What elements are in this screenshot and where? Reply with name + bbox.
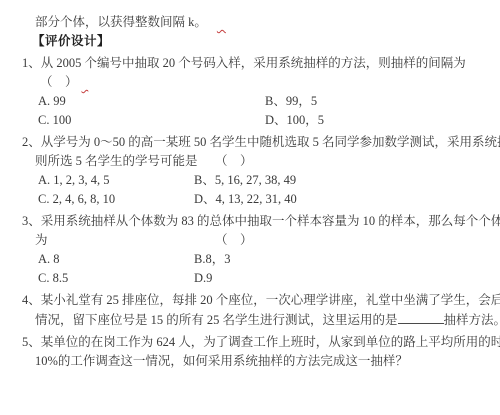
question-2-answer-paren: （ ） <box>215 154 253 168</box>
question-3-answer-paren: （ ） <box>215 233 253 247</box>
option-d: D、4, 13, 22, 31, 40 <box>194 190 297 209</box>
question-1-text: 从 2005 个编号中抽取 20 个号码入样，采用系统抽样的方法，则抽样的间隔为 <box>41 56 466 70</box>
question-5-text: 某单位的在岗工作为 624 人，为了调查工作上班时，从家到单位的路上平均所用的时… <box>41 335 500 349</box>
question-3: 3、采用系统抽样从个体数为 83 的总体中抽取一个样本容量为 10 的样本，那么… <box>22 212 492 288</box>
question-1-answer-paren: （ ） <box>40 73 492 92</box>
question-1: 1、从 2005 个编号中抽取 20 个号码入样，采用系统抽样的方法，则抽样的间… <box>22 54 492 130</box>
question-3-options-row-1: A. 8 B.8，3 <box>38 250 492 269</box>
option-b: B、99，5 <box>265 92 317 111</box>
question-2: 2、从学号为 0～50 的高一某班 50 名学生中随机选取 5 名同学参加数学测… <box>22 133 492 209</box>
question-2-stem: 2、从学号为 0～50 的高一某班 50 名学生中随机选取 5 名同学参加数学测… <box>22 133 492 152</box>
option-b: B.8，3 <box>194 250 230 269</box>
question-1-options-row-2: C. 100 D、100，5 <box>38 111 492 130</box>
question-5-number: 5、 <box>22 335 41 349</box>
option-a: A. 99 <box>38 92 265 111</box>
question-1-options-row-1: A. 99 B、99，5 <box>38 92 492 111</box>
section-header: 【评价设计】 <box>32 32 492 51</box>
question-2-stem-line-2: 则所选 5 名学生的学号可能是（ ） <box>35 152 492 171</box>
question-3-text: 采用系统抽样从个体数为 83 的总体中抽取一个样本容量为 10 的样本，那么每个… <box>41 214 500 228</box>
fill-in-blank <box>398 310 444 324</box>
question-1-stem: 1、从 2005 个编号中抽取 20 个号码入样，采用系统抽样的方法，则抽样的间… <box>22 54 492 73</box>
question-1-number: 1、 <box>22 56 41 70</box>
intro-line: 部分个体，以获得整数间隔 k。 <box>35 13 492 32</box>
option-a: A. 1, 2, 3, 4, 5 <box>38 171 194 190</box>
question-2-number: 2、 <box>22 135 41 149</box>
option-c: C. 100 <box>38 111 265 130</box>
question-2-text-2: 则所选 5 名学生的学号可能是 <box>35 152 215 171</box>
question-4-stem: 4、某小礼堂有 25 排座位，每排 20 个座位，一次心理学讲座，礼堂中坐满了学… <box>22 291 492 310</box>
worksheet-page: 部分个体，以获得整数间隔 k。 【评价设计】 1、从 2005 个编号中抽取 2… <box>0 0 500 371</box>
question-2-text: 从学号为 0～50 的高一某班 50 名学生中随机选取 5 名同学参加数学测试，… <box>41 135 500 149</box>
question-3-options-row-2: C. 8.5 D.9 <box>38 269 492 288</box>
spellcheck-squiggle <box>82 81 89 90</box>
question-3-stem-line-2: 为（ ） <box>35 231 492 250</box>
question-4-stem-line-2: 情况，留下座位号是 15 的所有 25 名学生进行测试，这里运用的是抽样方法。 <box>35 310 492 330</box>
intro-text: 部分个体，以获得整数间隔 k。 <box>35 15 207 29</box>
question-4-text-3: 抽样方法。 <box>444 313 500 327</box>
question-3-number: 3、 <box>22 214 41 228</box>
question-3-text-2: 为 <box>35 231 215 250</box>
question-4-number: 4、 <box>22 293 41 307</box>
question-2-options-row-2: C. 2, 4, 6, 8, 10 D、4, 13, 22, 31, 40 <box>38 190 492 209</box>
question-5: 5、某单位的在岗工作为 624 人，为了调查工作上班时，从家到单位的路上平均所用… <box>22 333 492 371</box>
option-d: D.9 <box>194 269 212 288</box>
question-4-text-2: 情况，留下座位号是 15 的所有 25 名学生进行测试，这里运用的是 <box>35 313 398 327</box>
option-c: C. 8.5 <box>38 269 194 288</box>
question-4-text: 某小礼堂有 25 排座位，每排 20 个座位，一次心理学讲座，礼堂中坐满了学生，… <box>41 293 500 307</box>
question-5-text-2: 10%的工作调查这一情况，如何采用系统抽样的方法完成这一抽样？ <box>35 354 408 368</box>
option-d: D、100，5 <box>265 111 324 130</box>
question-5-stem-line-2: 10%的工作调查这一情况，如何采用系统抽样的方法完成这一抽样？ <box>35 352 492 371</box>
option-b: B、5, 16, 27, 38, 49 <box>194 171 296 190</box>
option-a: A. 8 <box>38 250 194 269</box>
question-4: 4、某小礼堂有 25 排座位，每排 20 个座位，一次心理学讲座，礼堂中坐满了学… <box>22 291 492 330</box>
question-3-stem: 3、采用系统抽样从个体数为 83 的总体中抽取一个样本容量为 10 的样本，那么… <box>22 212 492 231</box>
question-2-options-row-1: A. 1, 2, 3, 4, 5 B、5, 16, 27, 38, 49 <box>38 171 492 190</box>
option-c: C. 2, 4, 6, 8, 10 <box>38 190 194 209</box>
question-5-stem: 5、某单位的在岗工作为 624 人，为了调查工作上班时，从家到单位的路上平均所用… <box>22 333 492 352</box>
spellcheck-squiggle <box>217 21 226 30</box>
